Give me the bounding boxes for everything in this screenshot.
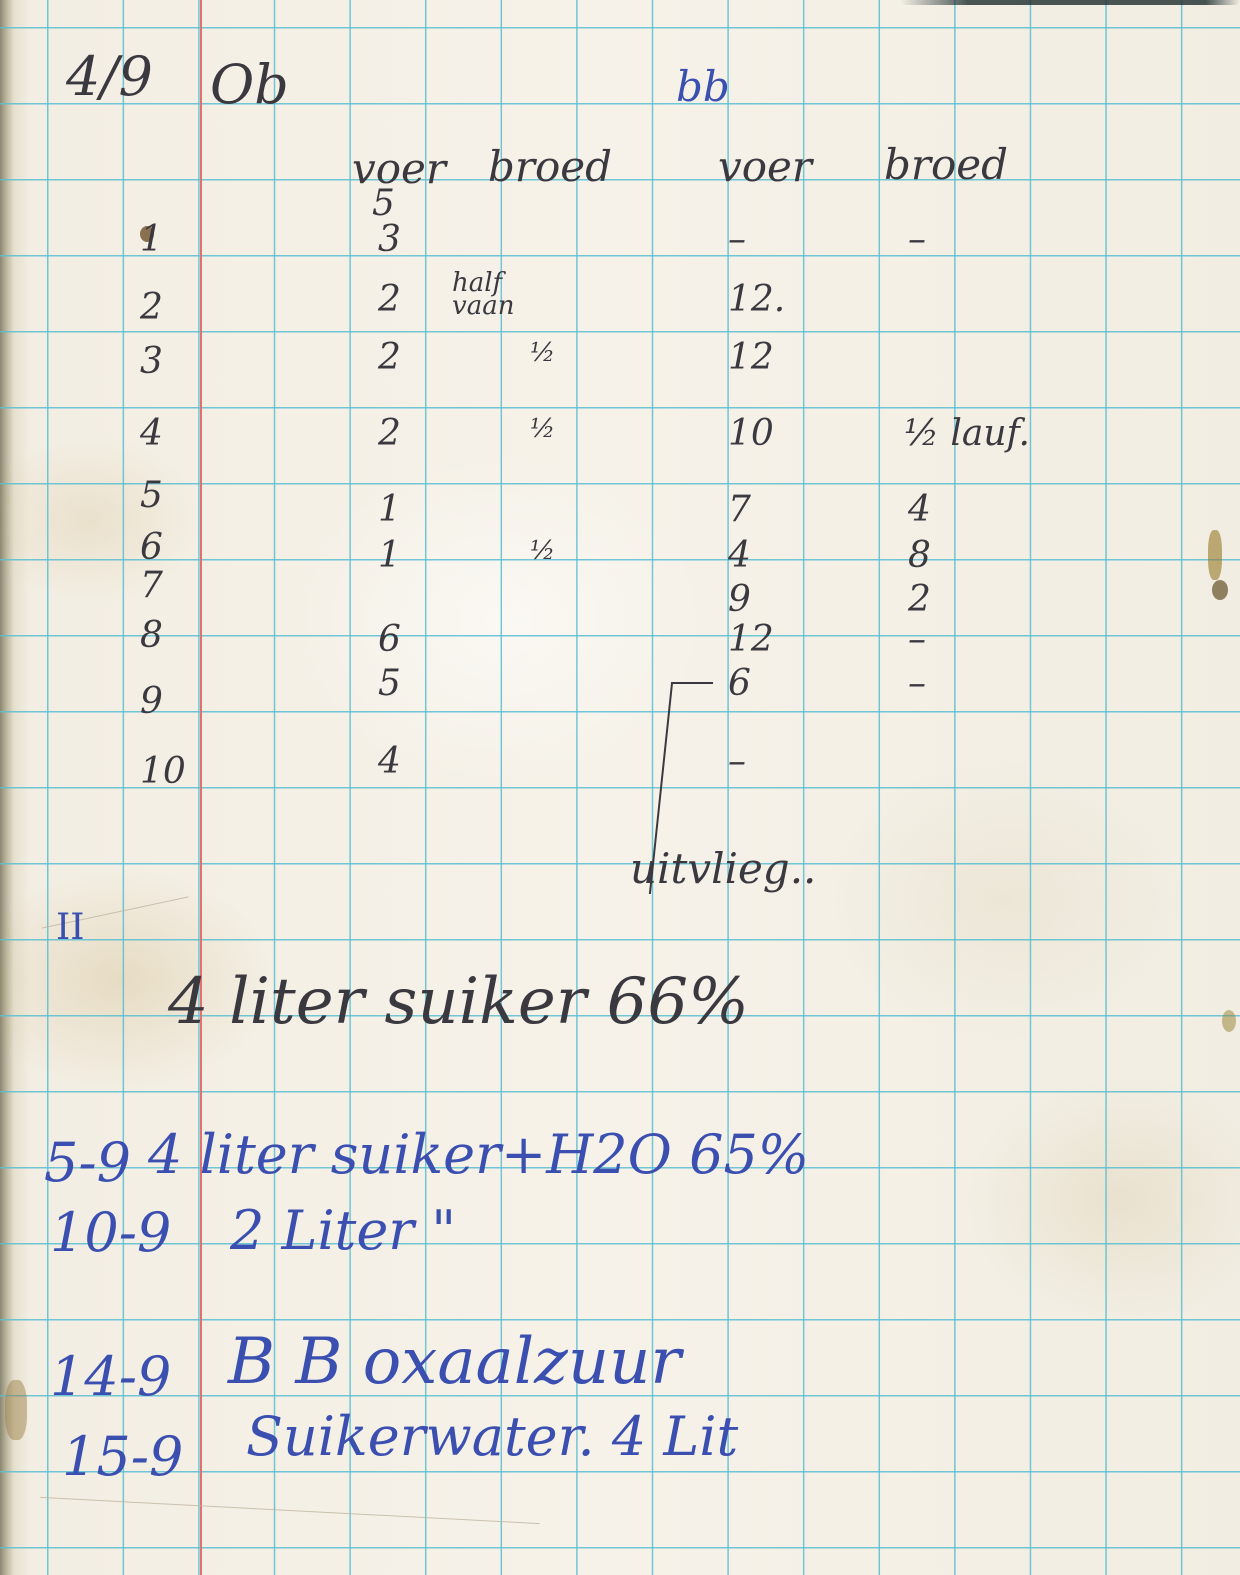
bb-voer-value: 12 xyxy=(728,622,774,658)
column-heading-voer-left: voer xyxy=(352,148,446,190)
column-heading-voer-right: voer xyxy=(718,146,812,188)
hive-label-right: bb xyxy=(676,66,730,108)
ob-broed-value: ½ xyxy=(530,416,555,442)
note-date: 5-9 xyxy=(44,1136,131,1190)
bb-voer-value: 6 xyxy=(728,666,751,702)
bb-voer-value: 12 xyxy=(728,340,774,376)
entry-date: 4/9 xyxy=(66,50,153,104)
note-line: 4 liter suiker+H2O 65% xyxy=(148,1128,809,1182)
ob-voer-value: 2 xyxy=(378,340,401,376)
bb-broed-value: ½ lauf. xyxy=(904,416,1030,452)
ob-voer-value: 5 xyxy=(378,666,401,702)
table-prerow-value: 5 xyxy=(372,186,395,222)
bb-voer-value: 9 xyxy=(728,582,751,618)
note-line: Suikerwater. 4 Lit xyxy=(246,1410,738,1464)
margin-mark: II xyxy=(56,910,84,946)
red-margin-line xyxy=(200,0,202,1575)
ob-voer-value: 1 xyxy=(378,538,401,574)
frame-number: 2 xyxy=(140,290,163,326)
ob-voer-value: 1 xyxy=(378,492,401,528)
ob-voer-value: 2 xyxy=(378,282,401,318)
frame-number: 9 xyxy=(140,684,163,720)
page-edge-shadow xyxy=(900,0,1240,5)
bb-broed-value: – xyxy=(908,222,926,258)
notebook-page: 4/9 Ob bb voer broed voer broed 5 13––22… xyxy=(0,0,1240,1575)
ob-broed-value: half vaan xyxy=(452,272,532,319)
note-date: 15-9 xyxy=(62,1430,183,1484)
bb-voer-value: 4 xyxy=(728,538,751,574)
stain xyxy=(1208,530,1222,580)
bb-voer-value: – xyxy=(728,744,746,780)
ob-voer-value: 3 xyxy=(378,222,401,258)
bb-broed-value: 4 xyxy=(908,492,931,528)
note-line: 4 liter suiker 66% xyxy=(168,970,749,1034)
bb-voer-value: 12. xyxy=(728,282,785,318)
bb-voer-value: – xyxy=(728,222,746,258)
frame-number: 5 xyxy=(140,478,163,514)
frame-number: 8 xyxy=(140,618,163,654)
stain xyxy=(1212,580,1228,600)
ob-voer-value: 6 xyxy=(378,622,401,658)
bracket-note: uitvlieg.. xyxy=(630,848,816,890)
note-line: 2 Liter " xyxy=(230,1204,456,1258)
note-line: B B oxaalzuur xyxy=(228,1330,681,1394)
frame-number: 1 xyxy=(140,222,163,258)
ob-broed-value: ½ xyxy=(530,538,555,564)
frame-number: 4 xyxy=(140,416,163,452)
bb-voer-value: 10 xyxy=(728,416,774,452)
stain xyxy=(1222,1010,1236,1032)
hive-label-left: Ob xyxy=(210,58,289,112)
ob-voer-value: 4 xyxy=(378,744,401,780)
note-date: 14-9 xyxy=(50,1350,171,1404)
frame-number: 6 xyxy=(140,530,163,566)
bb-broed-value: 8 xyxy=(908,538,931,574)
bb-broed-value: – xyxy=(908,622,926,658)
bb-broed-value: 2 xyxy=(908,582,931,618)
note-date: 10-9 xyxy=(50,1206,171,1260)
ob-voer-value: 2 xyxy=(378,416,401,452)
column-heading-broed-left: broed xyxy=(488,146,612,188)
frame-number: 10 xyxy=(140,754,186,790)
ob-broed-value: ½ xyxy=(530,340,555,366)
stain xyxy=(5,1380,27,1440)
bb-broed-value: – xyxy=(908,666,926,702)
frame-number: 7 xyxy=(140,568,163,604)
bb-voer-value: 7 xyxy=(728,492,751,528)
frame-number: 3 xyxy=(140,344,163,380)
column-heading-broed-right: broed xyxy=(884,144,1008,186)
